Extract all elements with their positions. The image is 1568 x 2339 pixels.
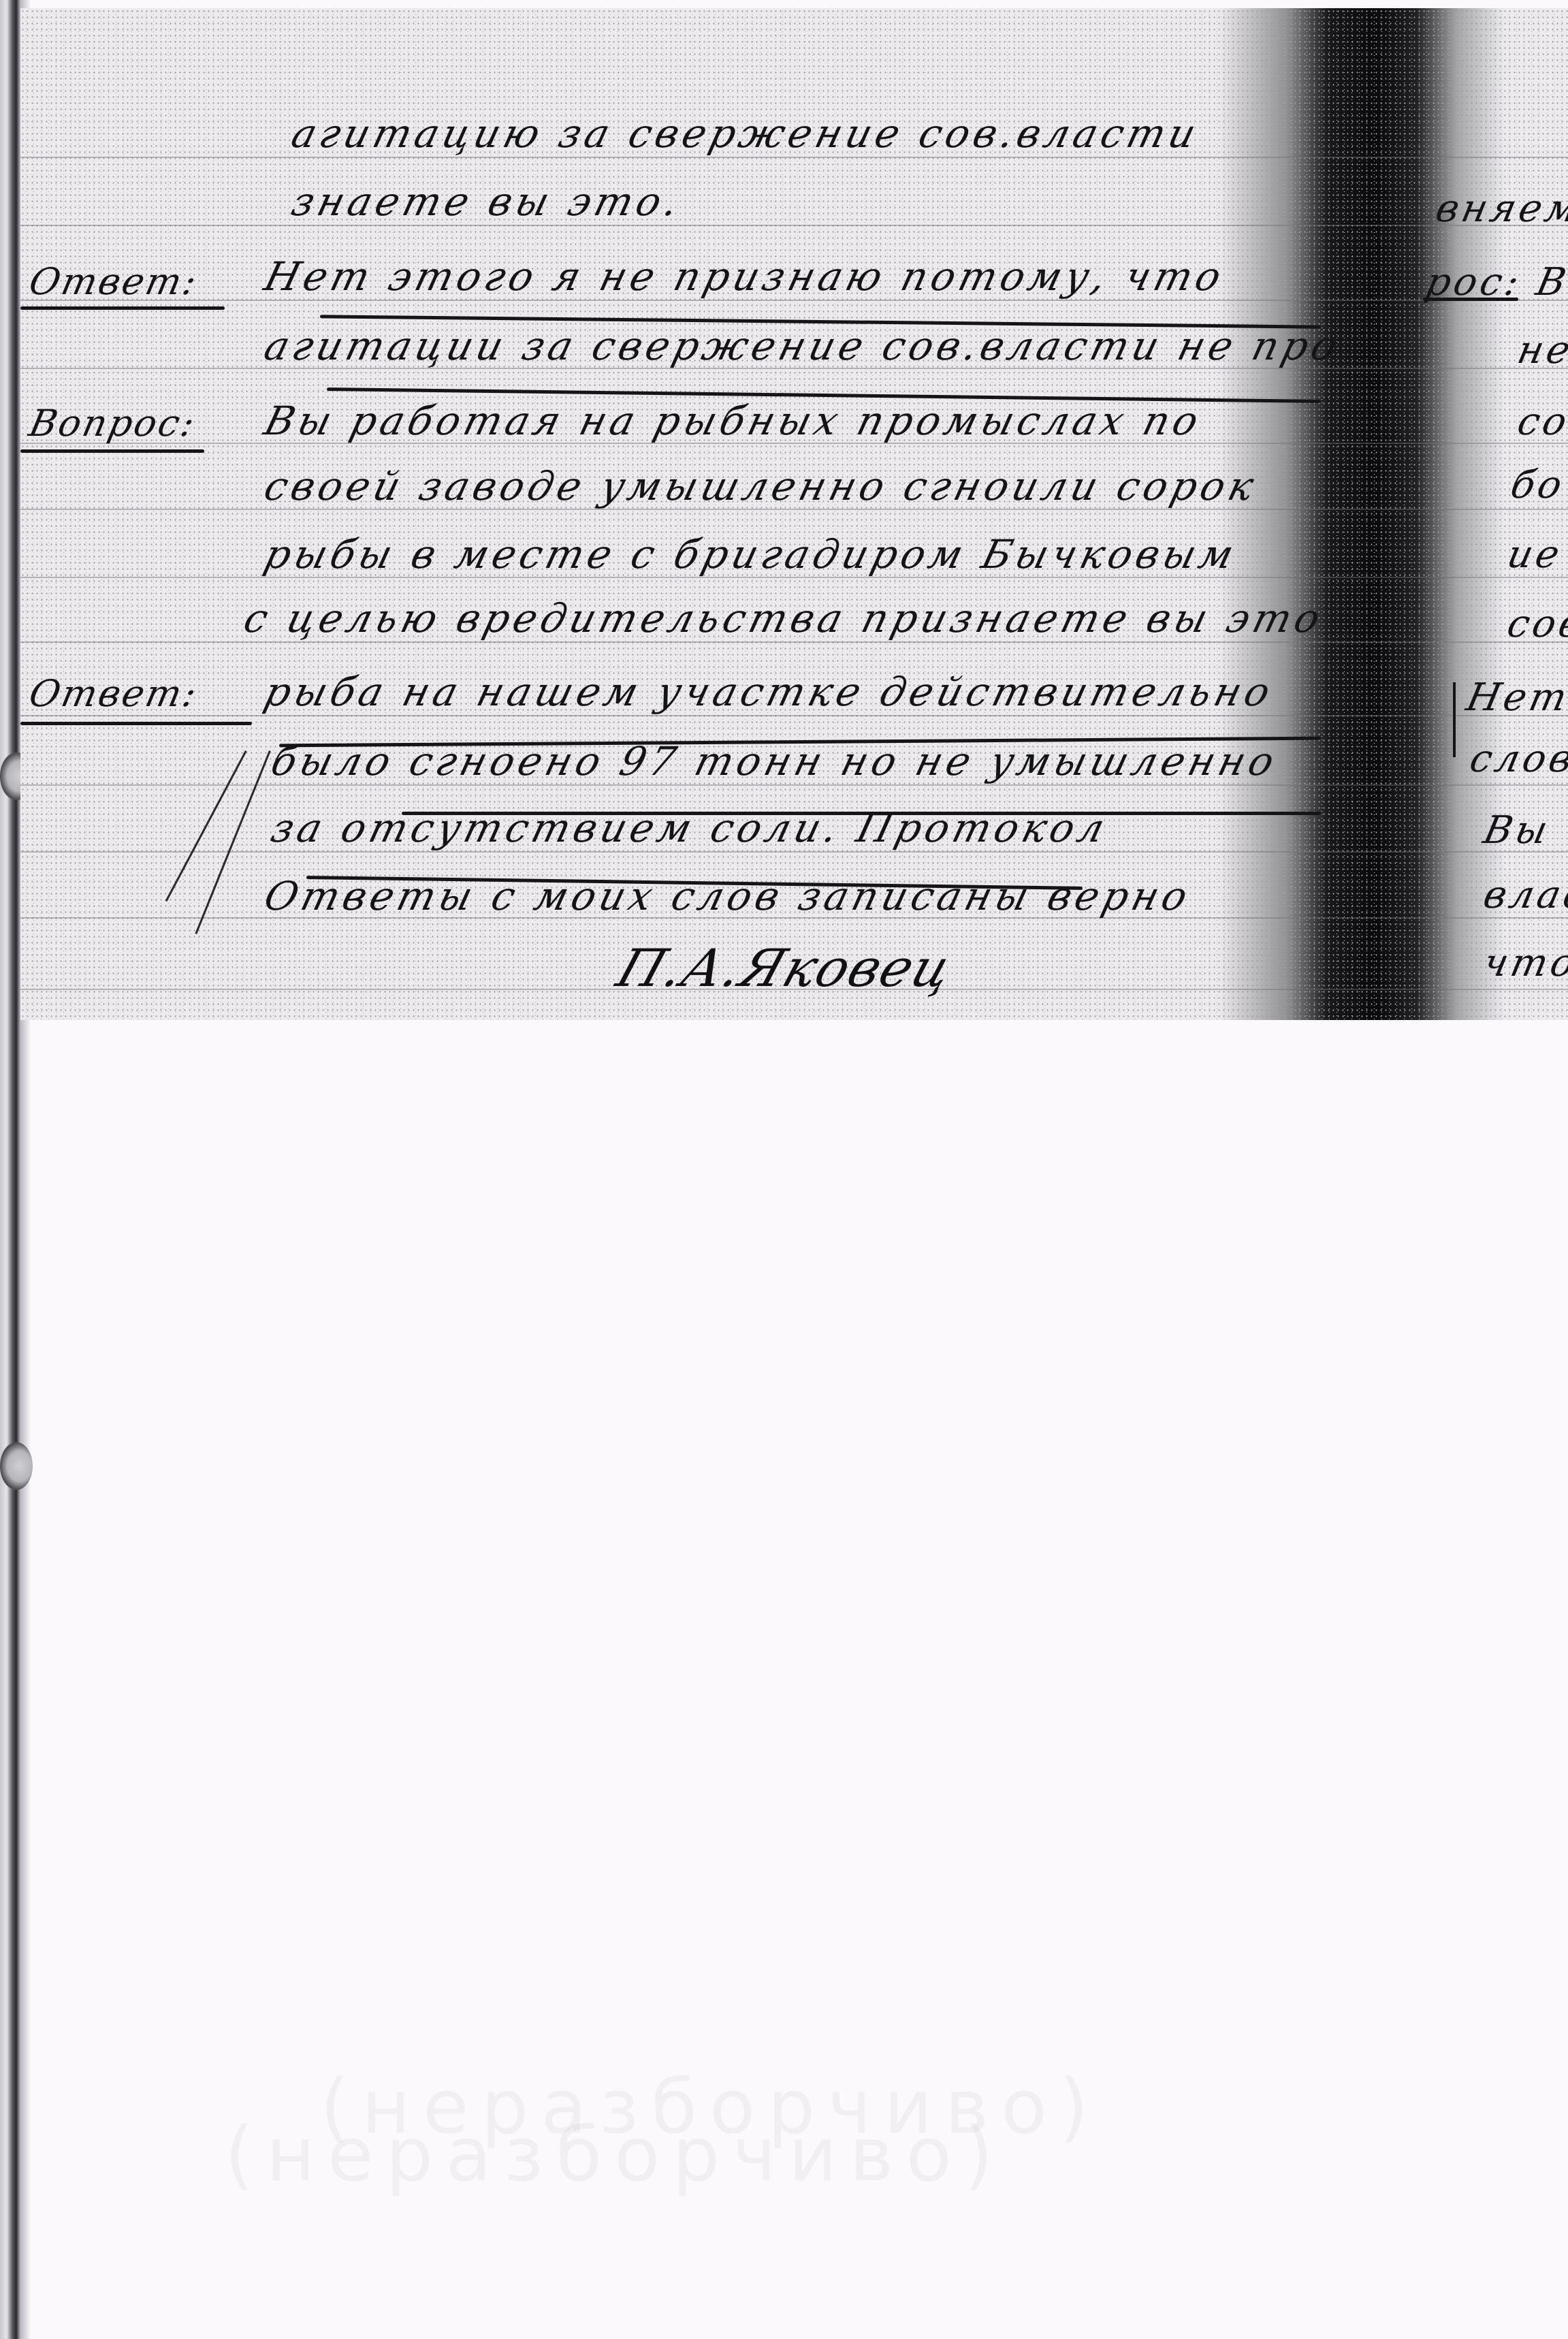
right-page-fragment: ие <box>1503 532 1567 577</box>
margin-pen-stroke <box>165 750 247 902</box>
right-page-fragment: вняем <box>1432 187 1568 231</box>
margin-label-underline <box>20 449 204 453</box>
margin-pen-stroke <box>195 750 270 934</box>
right-page-fragment: бо <box>1507 463 1568 507</box>
ruled-line <box>20 300 1568 301</box>
right-page-fragment: что <box>1479 941 1568 985</box>
text-line-5: Вы работая на рыбных промыслах по <box>260 398 1207 444</box>
right-page-fragment: не <box>1514 328 1568 372</box>
text-line-11: за отсутствием соли. Протокол <box>267 805 1114 851</box>
text-line-1: агитацию за свержение сов.власти <box>287 110 1205 157</box>
ruled-line <box>20 641 1568 643</box>
ruled-line <box>20 225 1568 226</box>
margin-vertical-bar <box>1453 682 1456 757</box>
text-line-8: с целью вредительства признаете вы это <box>240 595 1329 641</box>
right-page-fragment: со <box>1514 400 1568 444</box>
margin-label-question: Вопрос: <box>25 402 200 445</box>
right-page-fragment: Нет <box>1462 675 1568 720</box>
right-page-fragment: Вы <box>1479 808 1555 853</box>
text-line-6: своей заводе умышленно сгноили сорок <box>260 463 1263 509</box>
margin-label-underline <box>20 722 252 725</box>
ruled-line <box>20 784 1568 786</box>
margin-label-underline <box>20 306 225 310</box>
text-line-10: было сгноено 97 тонн но не умышленно <box>267 738 1283 784</box>
text-line-3: Нет этого я не признаю потому, что <box>260 253 1230 300</box>
text-line-2: знаете вы это. <box>287 178 688 225</box>
text-line-9: рыба на нашем участке действительно <box>260 669 1279 715</box>
right-page-fragment: сов <box>1503 602 1568 646</box>
text-line-7: рыбы в месте с бригадиром Бычковым <box>260 531 1243 577</box>
margin-label-answer: Ответ: <box>25 672 202 715</box>
binder-hole-lower <box>0 1442 33 1490</box>
bleed-through-text: (неразборчиво) <box>225 2111 1006 2198</box>
photocopied-page: Ответ: Вопрос: Ответ: агитацию за сверже… <box>20 8 1568 1020</box>
ruled-line <box>20 157 1568 158</box>
margin-label-answer: Ответ: <box>25 260 202 303</box>
text-line-12: Ответы с моих слов записаны верно <box>260 873 1196 919</box>
right-page-fragment: слов <box>1466 737 1568 781</box>
ruled-line <box>20 851 1568 853</box>
right-label-underline <box>1423 298 1518 301</box>
ruled-line <box>20 715 1568 716</box>
signature: П.А.Яковец <box>610 938 961 998</box>
right-page-fragment: влас <box>1479 873 1568 917</box>
text-line-4: агитации за свержение сов.власти не про <box>260 323 1346 369</box>
